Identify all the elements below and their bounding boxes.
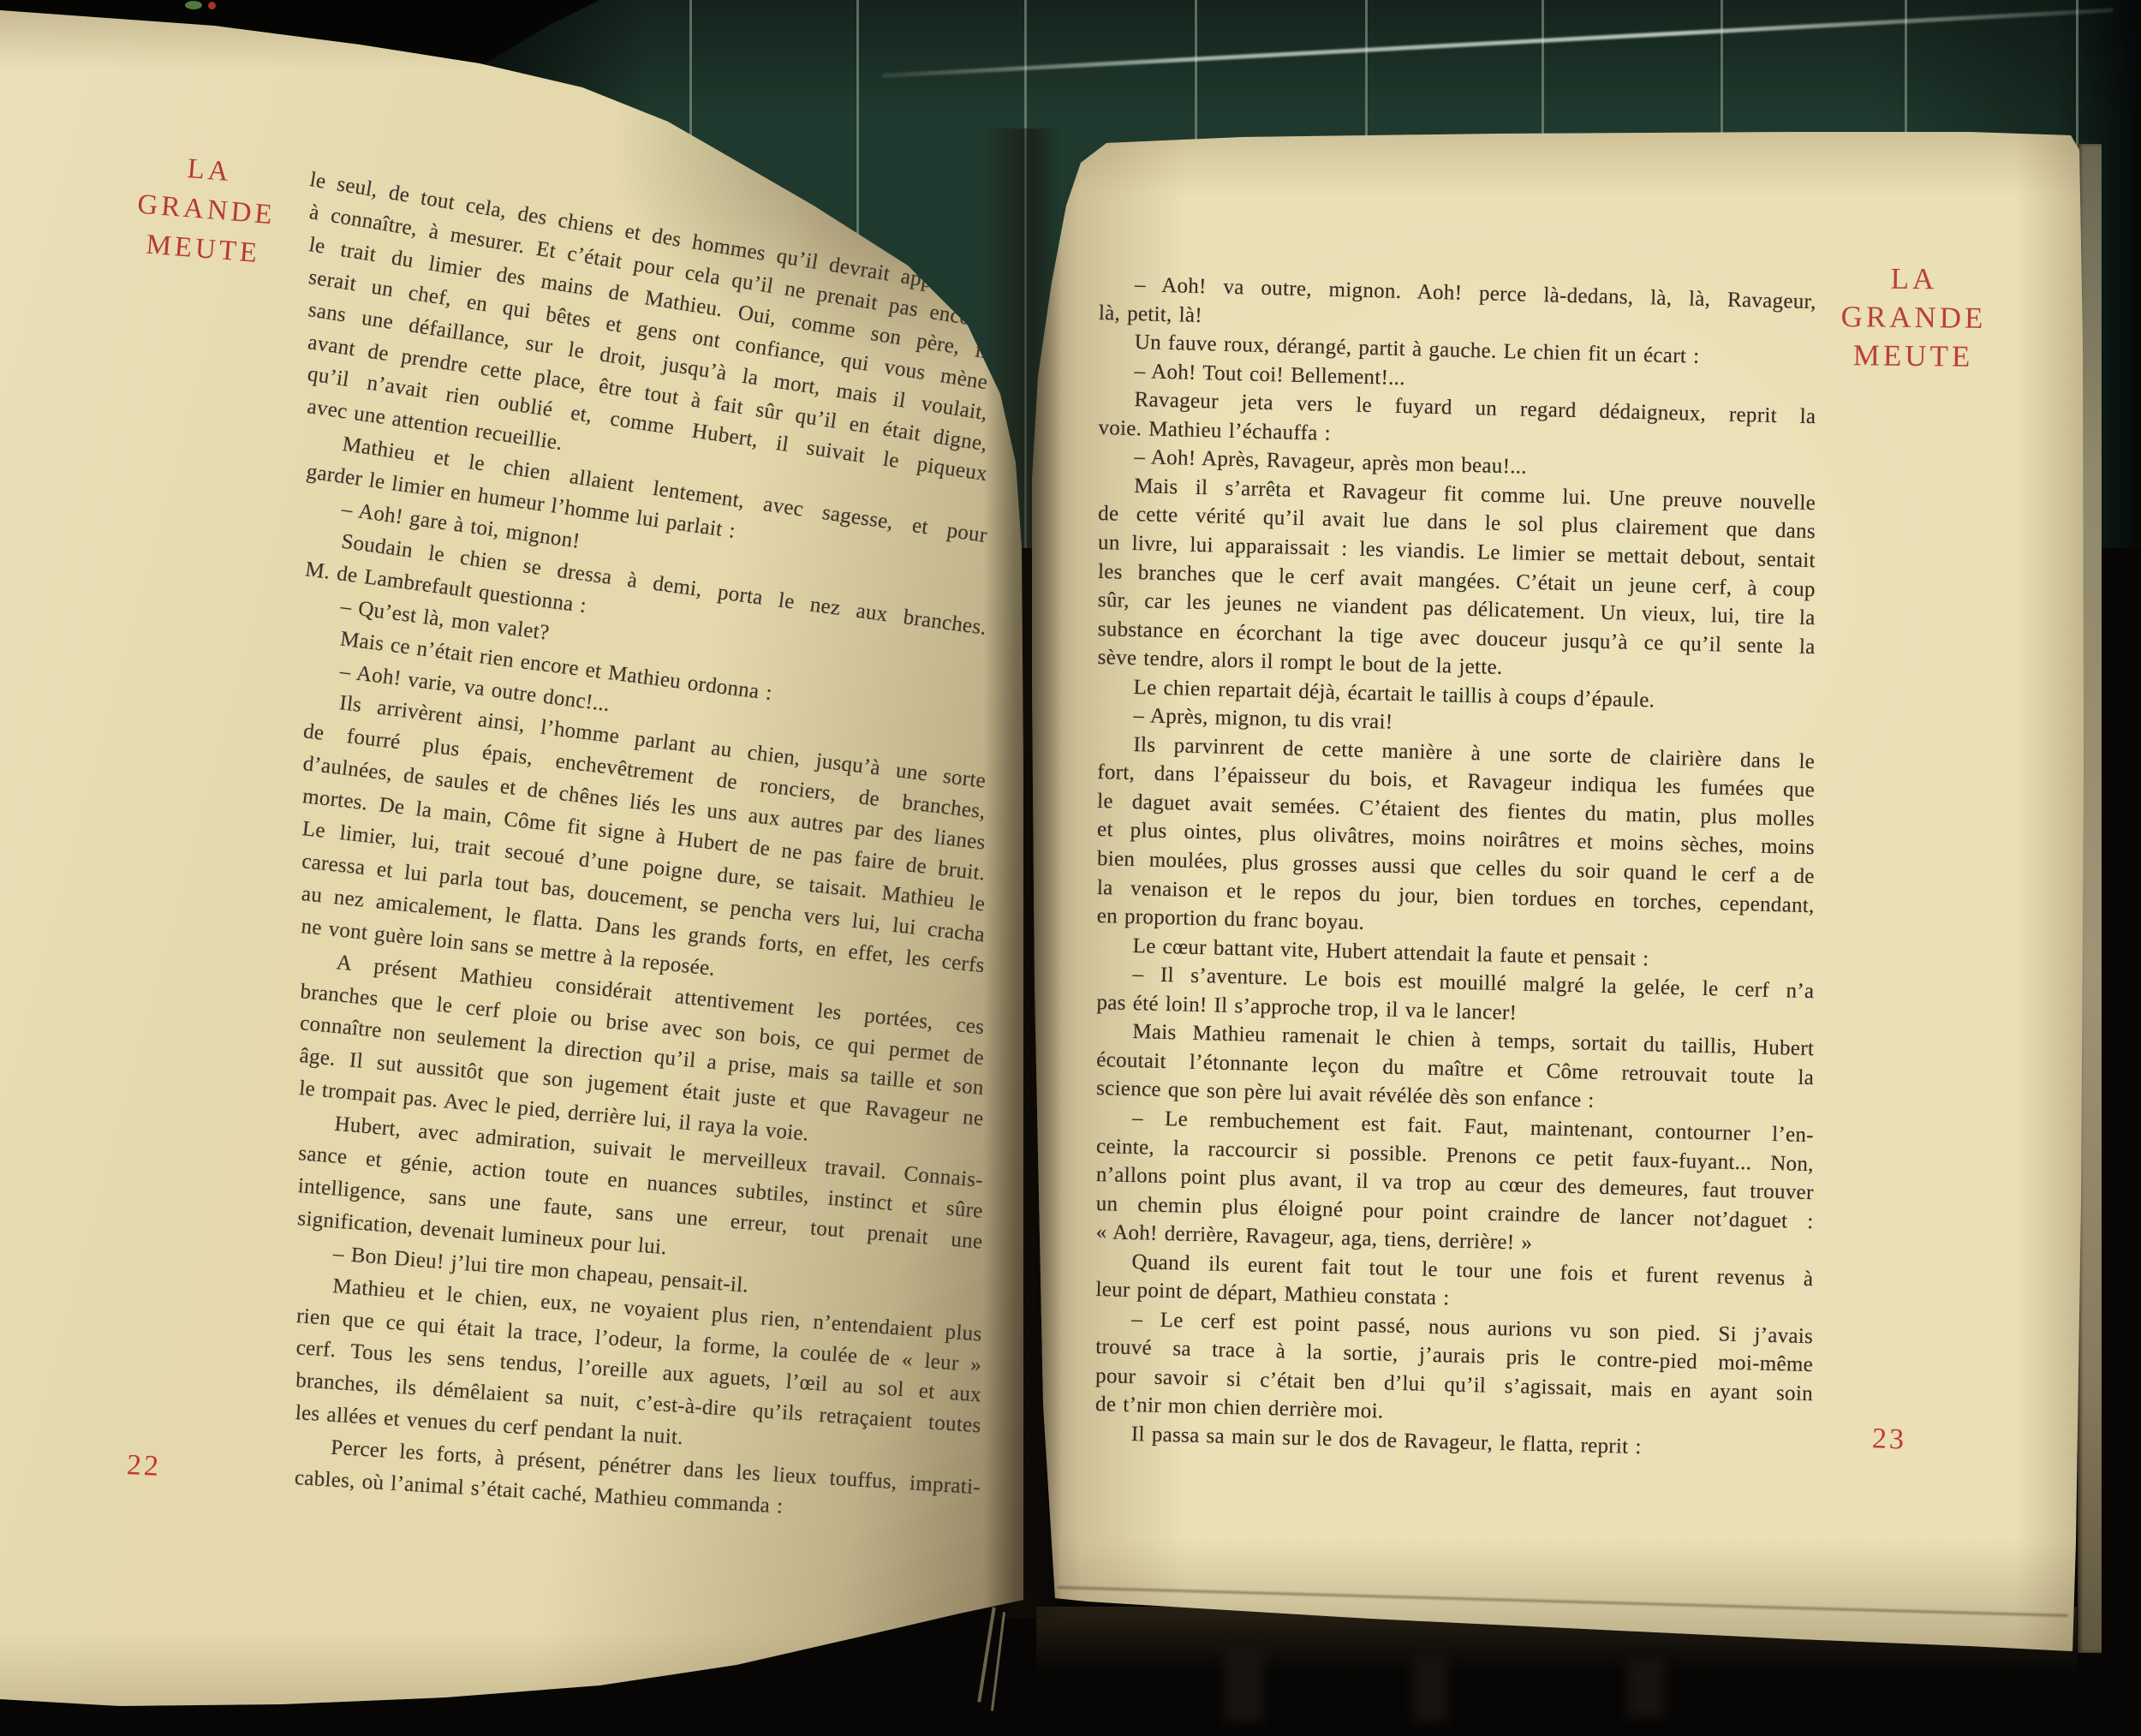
running-head-line: LA: [1826, 259, 2001, 299]
mat-green-fleck: [185, 1, 202, 9]
page-edge-shadow-streak: [1225, 1644, 1264, 1721]
running-head-right: LAGRANDEMEUTE: [1825, 259, 2001, 376]
running-head-left: LAGRANDEMEUTE: [121, 145, 292, 276]
running-head-line: GRANDE: [1826, 297, 2001, 337]
mat-red-fleck: [208, 2, 216, 9]
book-photo-scene: LAGRANDEMEUTE le seul, de tout cela, des…: [0, 0, 2141, 1736]
page-number-right: 23: [1871, 1423, 1906, 1456]
page-edge-shadow-streak: [1413, 1653, 1447, 1721]
book-gutter-shadow: [983, 128, 1062, 1619]
running-head-line: MEUTE: [1825, 336, 2001, 376]
page-stack-edge: [991, 1612, 1005, 1711]
page-number-left: 22: [126, 1449, 162, 1483]
page-edge-shadow-streak: [1627, 1657, 1665, 1717]
